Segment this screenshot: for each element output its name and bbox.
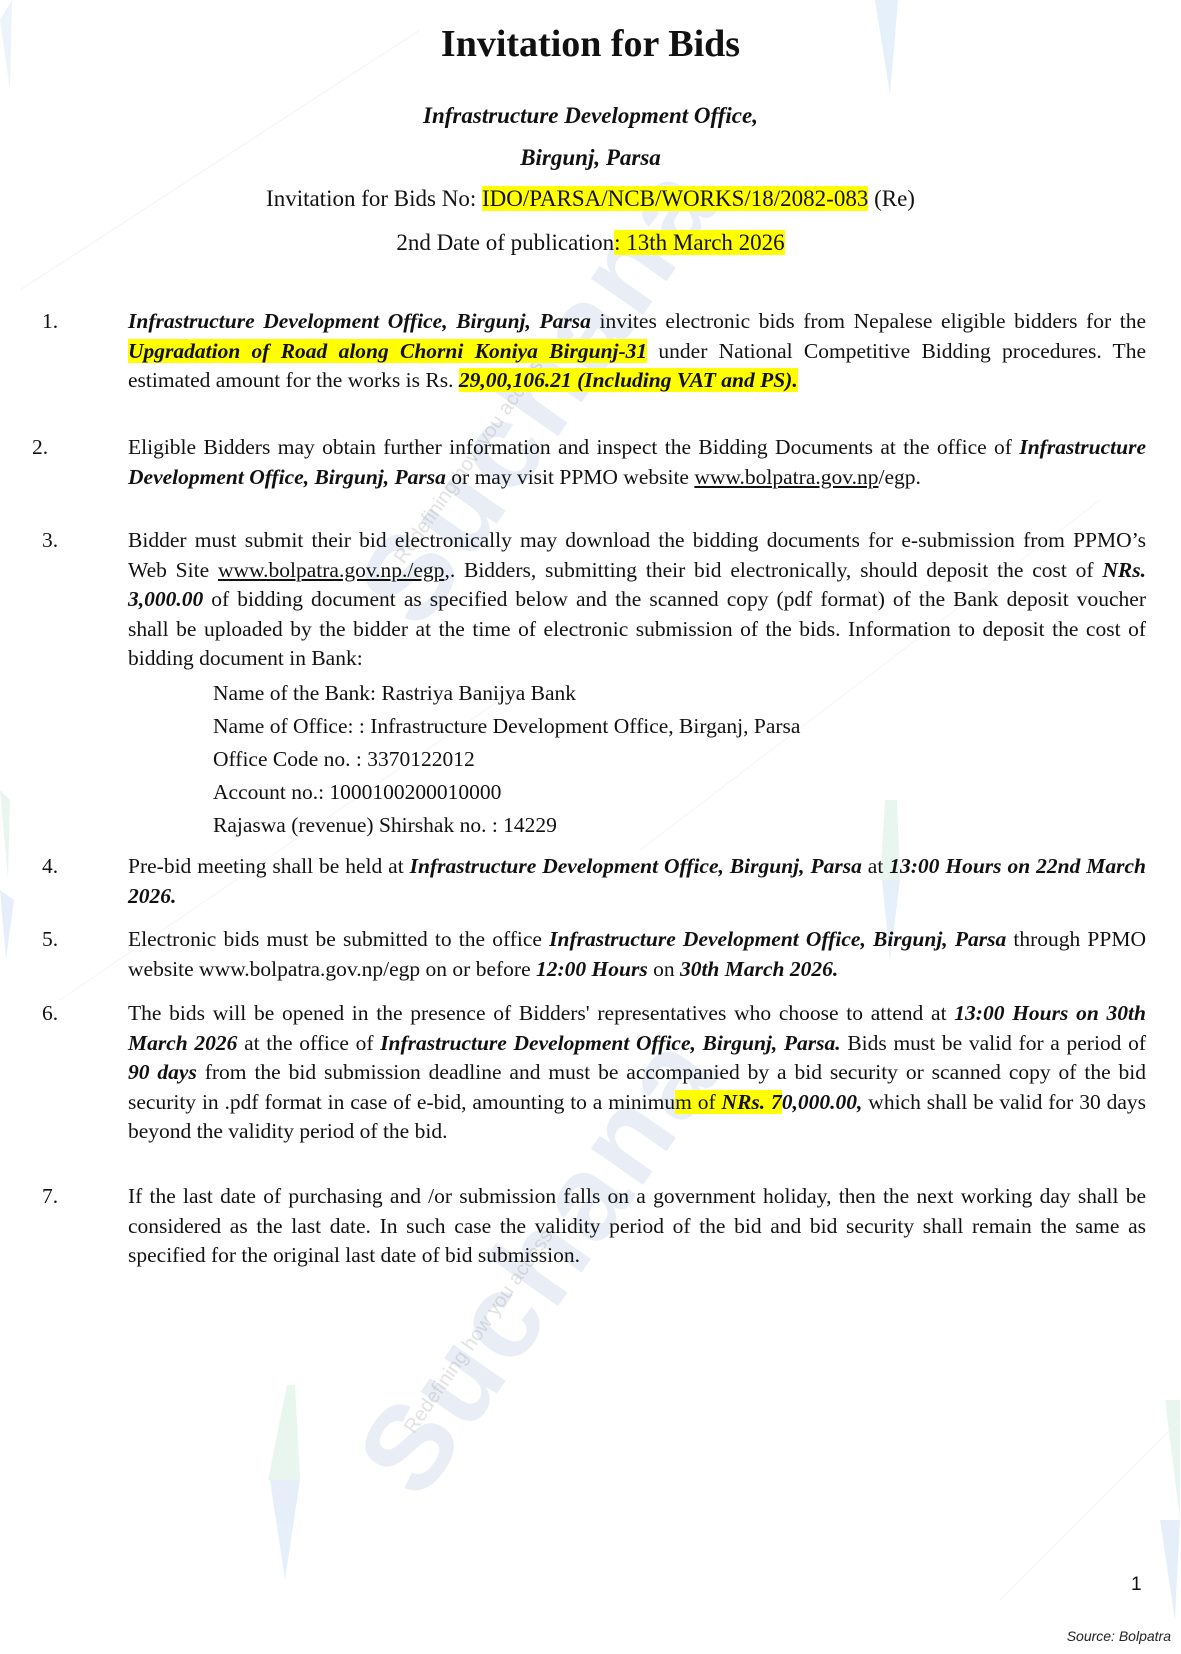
list-item: Electronic bids must be submitted to the… [128, 925, 1146, 984]
bank-office-code: Office Code no. : 3370122012 [213, 745, 475, 774]
list-item: If the last date of purchasing and /or s… [128, 1182, 1146, 1271]
bid-security-amount-rest: 0,000.00, [782, 1090, 863, 1114]
source-credit: Source: Bolpatra [1067, 1628, 1171, 1644]
list-item: Bidder must submit their bid electronica… [128, 526, 1146, 674]
bank-revenue-code: Rajaswa (revenue) Shirshak no. : 14229 [213, 811, 557, 840]
ifb-number: IDO/PARSA/NCB/WORKS/18/2082-083 [482, 186, 868, 211]
item-text: Eligible Bidders may obtain further info… [128, 435, 1019, 459]
list-item: Pre-bid meeting shall be held at Infrast… [128, 852, 1146, 911]
item-text: or may visit PPMO website [446, 465, 694, 489]
submission-time: 12:00 Hours [536, 957, 648, 981]
project-name: Upgradation of Road along Chorni Koniya … [128, 339, 647, 363]
ifb-label: Invitation for Bids No: [266, 186, 482, 211]
office-ref: Infrastructure Development Office, Birgu… [380, 1031, 840, 1055]
item-text: Electronic bids must be submitted to the… [128, 927, 549, 951]
office-ref: Infrastructure Development Office, Birgu… [410, 854, 862, 878]
item-text: at the office of [237, 1031, 380, 1055]
office-ref: Infrastructure Development Office, Birgu… [549, 927, 1006, 951]
item-text: ,. Bidders, submitting their bid electro… [444, 558, 1102, 582]
list-item: The bids will be opened in the presence … [128, 999, 1146, 1147]
office-location: Birgunj, Parsa [0, 145, 1181, 171]
item-text: /egp. [878, 465, 920, 489]
page-number: 1 [1131, 1574, 1142, 1596]
bank-office: Name of Office: : Infrastructure Develop… [213, 712, 800, 741]
publication-date-line: 2nd Date of publication: 13th March 2026 [0, 230, 1181, 256]
pub-label: 2nd Date of publication [396, 230, 614, 255]
bolpatra-link[interactable]: www.bolpatra.gov.np./egp [218, 558, 445, 582]
item-text: invites electronic bids from Nepalese el… [591, 309, 1146, 333]
item-text: Bids must be valid for a period of [841, 1031, 1146, 1055]
item-text: Pre-bid meeting shall be held at [128, 854, 410, 878]
item-number: 6. [42, 999, 58, 1029]
ifb-number-line: Invitation for Bids No: IDO/PARSA/NCB/WO… [0, 186, 1181, 212]
pub-date: : 13th March 2026 [614, 230, 785, 255]
item-text: m of [675, 1090, 721, 1114]
item-number: 2. [32, 433, 48, 463]
item-text: on [648, 957, 680, 981]
list-item: Infrastructure Development Office, Birgu… [128, 307, 1146, 396]
ifb-suffix: (Re) [868, 186, 915, 211]
item-text: If the last date of purchasing and /or s… [128, 1184, 1146, 1267]
bolpatra-link[interactable]: www.bolpatra.gov.np [694, 465, 878, 489]
item-number: 3. [42, 526, 58, 556]
page-title: Invitation for Bids [0, 22, 1181, 66]
item-text: The bids will be opened in the presence … [128, 1001, 954, 1025]
item-text: of bidding document as specified below a… [128, 587, 1146, 670]
bid-security-amount: NRs. 7 [722, 1090, 782, 1114]
item-number: 7. [42, 1182, 58, 1212]
list-item: Eligible Bidders may obtain further info… [128, 433, 1146, 492]
item-number: 1. [42, 307, 58, 337]
validity-period: 90 days [128, 1060, 197, 1084]
item-text: at [862, 854, 889, 878]
office-ref: Infrastructure Development Office, Birgu… [128, 309, 591, 333]
estimated-amount: 29,00,106.21 (Including VAT and PS). [459, 368, 798, 392]
office-name: Infrastructure Development Office, [0, 103, 1181, 129]
item-number: 4. [42, 852, 58, 882]
bank-account: Account no.: 1000100200010000 [213, 778, 501, 807]
submission-date: 30th March 2026. [680, 957, 838, 981]
bank-name: Name of the Bank: Rastriya Banijya Bank [213, 679, 576, 708]
item-number: 5. [42, 925, 58, 955]
